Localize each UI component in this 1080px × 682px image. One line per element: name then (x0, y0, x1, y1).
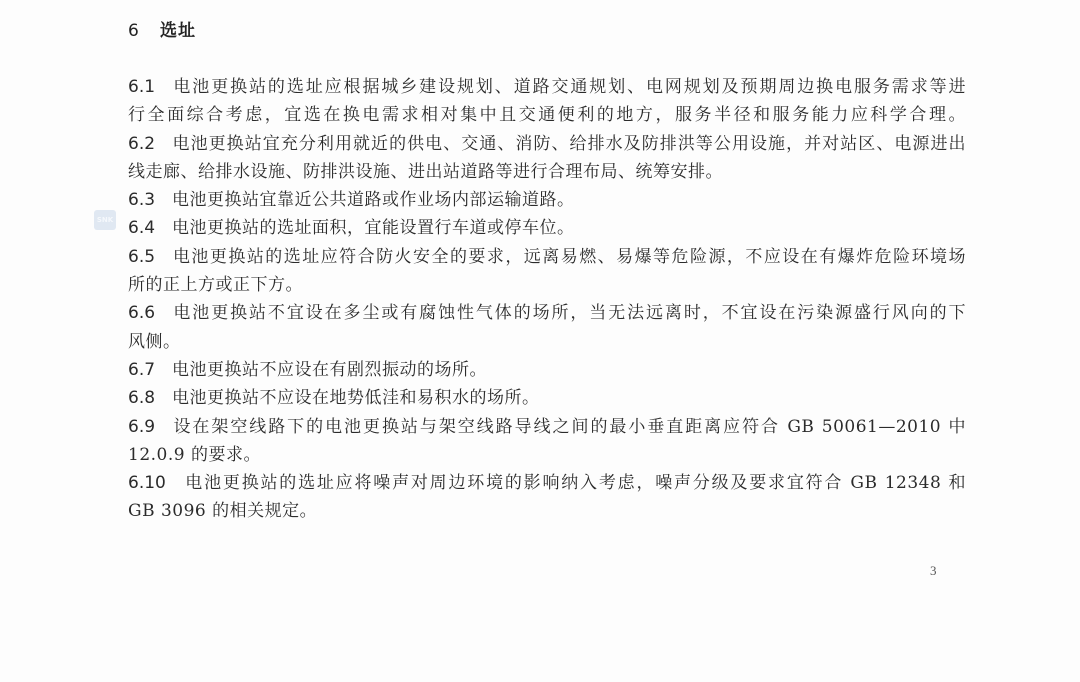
clause-6-10-line-2: GB 3096 的相关规定。 (128, 497, 966, 525)
section-title: 选址 (160, 21, 196, 41)
clause-6-7-line-1: 6.7电池更换站不应设在有剧烈振动的场所。 (128, 356, 966, 384)
clause-text: 设在架空线路下的电池更换站与架空线路导线之间的最小垂直距离应符合 GB 5006… (172, 417, 966, 437)
clause-text: 电池更换站不宜设在多尘或有腐蚀性气体的场所，当无法远离时，不宜设在污染源盛行风向… (172, 303, 966, 323)
clause-6-1-line-2: 行全面综合考虑，宜选在换电需求相对集中且交通便利的地方，服务半径和服务能力应科学… (128, 101, 966, 129)
clause-list: 6.1电池更换站的选址应根据城乡建设规划、道路交通规划、电网规划及预期周边换电服… (128, 73, 966, 526)
clause-number: 6.7 (128, 356, 172, 384)
clause-text: 电池更换站的选址应根据城乡建设规划、道路交通规划、电网规划及预期周边换电服务需求… (172, 77, 966, 97)
clause-6-10-line-1: 6.10电池更换站的选址应将噪声对周边环境的影响纳入考虑，噪声分级及要求宜符合 … (128, 469, 966, 497)
clause-6-2-line-2: 线走廊、给排水设施、防排洪设施、进出站道路等进行合理布局、统筹安排。 (128, 158, 966, 186)
clause-6-3-line-1: 6.3电池更换站宜靠近公共道路或作业场内部运输道路。 (128, 186, 966, 214)
clause-text: GB 3096 的相关规定。 (128, 501, 317, 521)
clause-6-6-line-1: 6.6电池更换站不宜设在多尘或有腐蚀性气体的场所，当无法远离时，不宜设在污染源盛… (128, 299, 966, 327)
clause-6-6-line-2: 风侧。 (128, 328, 966, 356)
clause-text: 风侧。 (128, 332, 181, 352)
clause-text: 12.0.9 的要求。 (128, 445, 261, 465)
clause-6-2-line-1: 6.2电池更换站宜充分利用就近的供电、交通、消防、给排水及防排洪等公用设施，并对… (128, 130, 966, 158)
clause-6-8-line-1: 6.8电池更换站不应设在地势低洼和易积水的场所。 (128, 384, 966, 412)
clause-number: 6.9 (128, 413, 172, 441)
clause-number: 6.8 (128, 384, 172, 412)
clause-6-1-line-1: 6.1电池更换站的选址应根据城乡建设规划、道路交通规划、电网规划及预期周边换电服… (128, 73, 966, 101)
section-number: 6 (128, 21, 160, 41)
clause-text: 电池更换站宜充分利用就近的供电、交通、消防、给排水及防排洪等公用设施，并对站区、… (172, 134, 966, 154)
section-heading: 6选址 (128, 16, 196, 41)
watermark-logo-icon: SNK (94, 210, 116, 230)
clause-6-5-line-1: 6.5电池更换站的选址应符合防火安全的要求，远离易燃、易爆等危险源，不应设在有爆… (128, 243, 966, 271)
clause-number: 6.5 (128, 243, 172, 271)
document-page: 6选址 SNK 6.1电池更换站的选址应根据城乡建设规划、道路交通规划、电网规划… (0, 0, 1080, 682)
clause-text: 电池更换站不应设在有剧烈振动的场所。 (172, 360, 487, 380)
clause-text: 电池更换站的选址应符合防火安全的要求，远离易燃、易爆等危险源，不应设在有爆炸危险… (172, 247, 966, 267)
clause-text: 电池更换站的选址应将噪声对周边环境的影响纳入考虑，噪声分级及要求宜符合 GB 1… (184, 473, 966, 493)
clause-number: 6.3 (128, 186, 172, 214)
clause-text: 行全面综合考虑，宜选在换电需求相对集中且交通便利的地方，服务半径和服务能力应科学… (128, 105, 966, 125)
clause-number: 6.1 (128, 73, 172, 101)
clause-number: 6.4 (128, 214, 172, 242)
clause-number: 6.6 (128, 299, 172, 327)
clause-text: 线走廊、给排水设施、防排洪设施、进出站道路等进行合理布局、统筹安排。 (128, 162, 723, 182)
clause-text: 电池更换站不应设在地势低洼和易积水的场所。 (172, 388, 540, 408)
clause-text: 电池更换站的选址面积，宜能设置行车道或停车位。 (172, 218, 575, 238)
clause-6-9-line-2: 12.0.9 的要求。 (128, 441, 966, 469)
clause-6-4-line-1: 6.4电池更换站的选址面积，宜能设置行车道或停车位。 (128, 214, 966, 242)
clause-number: 6.10 (128, 469, 184, 497)
clause-text: 所的正上方或正下方。 (128, 275, 303, 295)
clause-text: 电池更换站宜靠近公共道路或作业场内部运输道路。 (172, 190, 575, 210)
clause-6-5-line-2: 所的正上方或正下方。 (128, 271, 966, 299)
clause-6-9-line-1: 6.9设在架空线路下的电池更换站与架空线路导线之间的最小垂直距离应符合 GB 5… (128, 413, 966, 441)
clause-number: 6.2 (128, 130, 172, 158)
page-number: 3 (930, 563, 937, 579)
